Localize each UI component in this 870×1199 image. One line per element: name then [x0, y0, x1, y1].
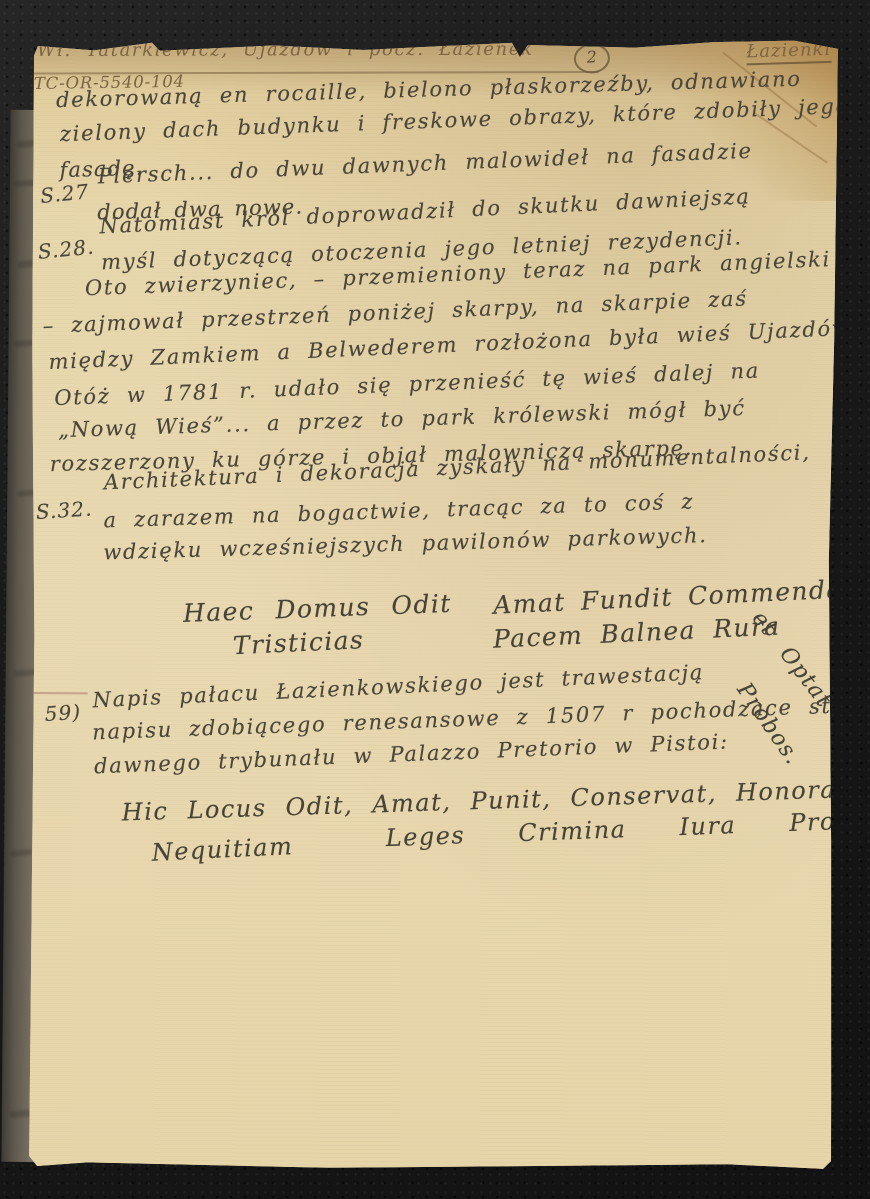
margin-ref-s32: S.32.: [35, 496, 93, 524]
latin-inscription-line: Amat Fundit Commendat: [493, 574, 855, 620]
margin-ref-s28: S.28.: [37, 234, 96, 263]
margin-ref-s27: S.27: [39, 179, 90, 208]
page-number-badge: 2: [573, 42, 611, 74]
manuscript-page: Wł. Tatarkiewicz, Ujazdów i pocz. Łazien…: [27, 36, 838, 1173]
latin-inscription-line: Nequitiam: [151, 832, 294, 867]
latin-inscription-line: Haec Domus Odit: [183, 589, 453, 628]
manuscript-line: Plersch... do dwu dawnych malowideł na f…: [97, 139, 753, 189]
latin-inscription-line: Tristicias: [232, 625, 364, 660]
ghost-writing-mark: [10, 849, 32, 857]
margin-dash: [30, 692, 88, 694]
latin-inscription-diagonal: Probos.: [732, 678, 806, 770]
margin-ref-59: 59): [44, 700, 82, 726]
